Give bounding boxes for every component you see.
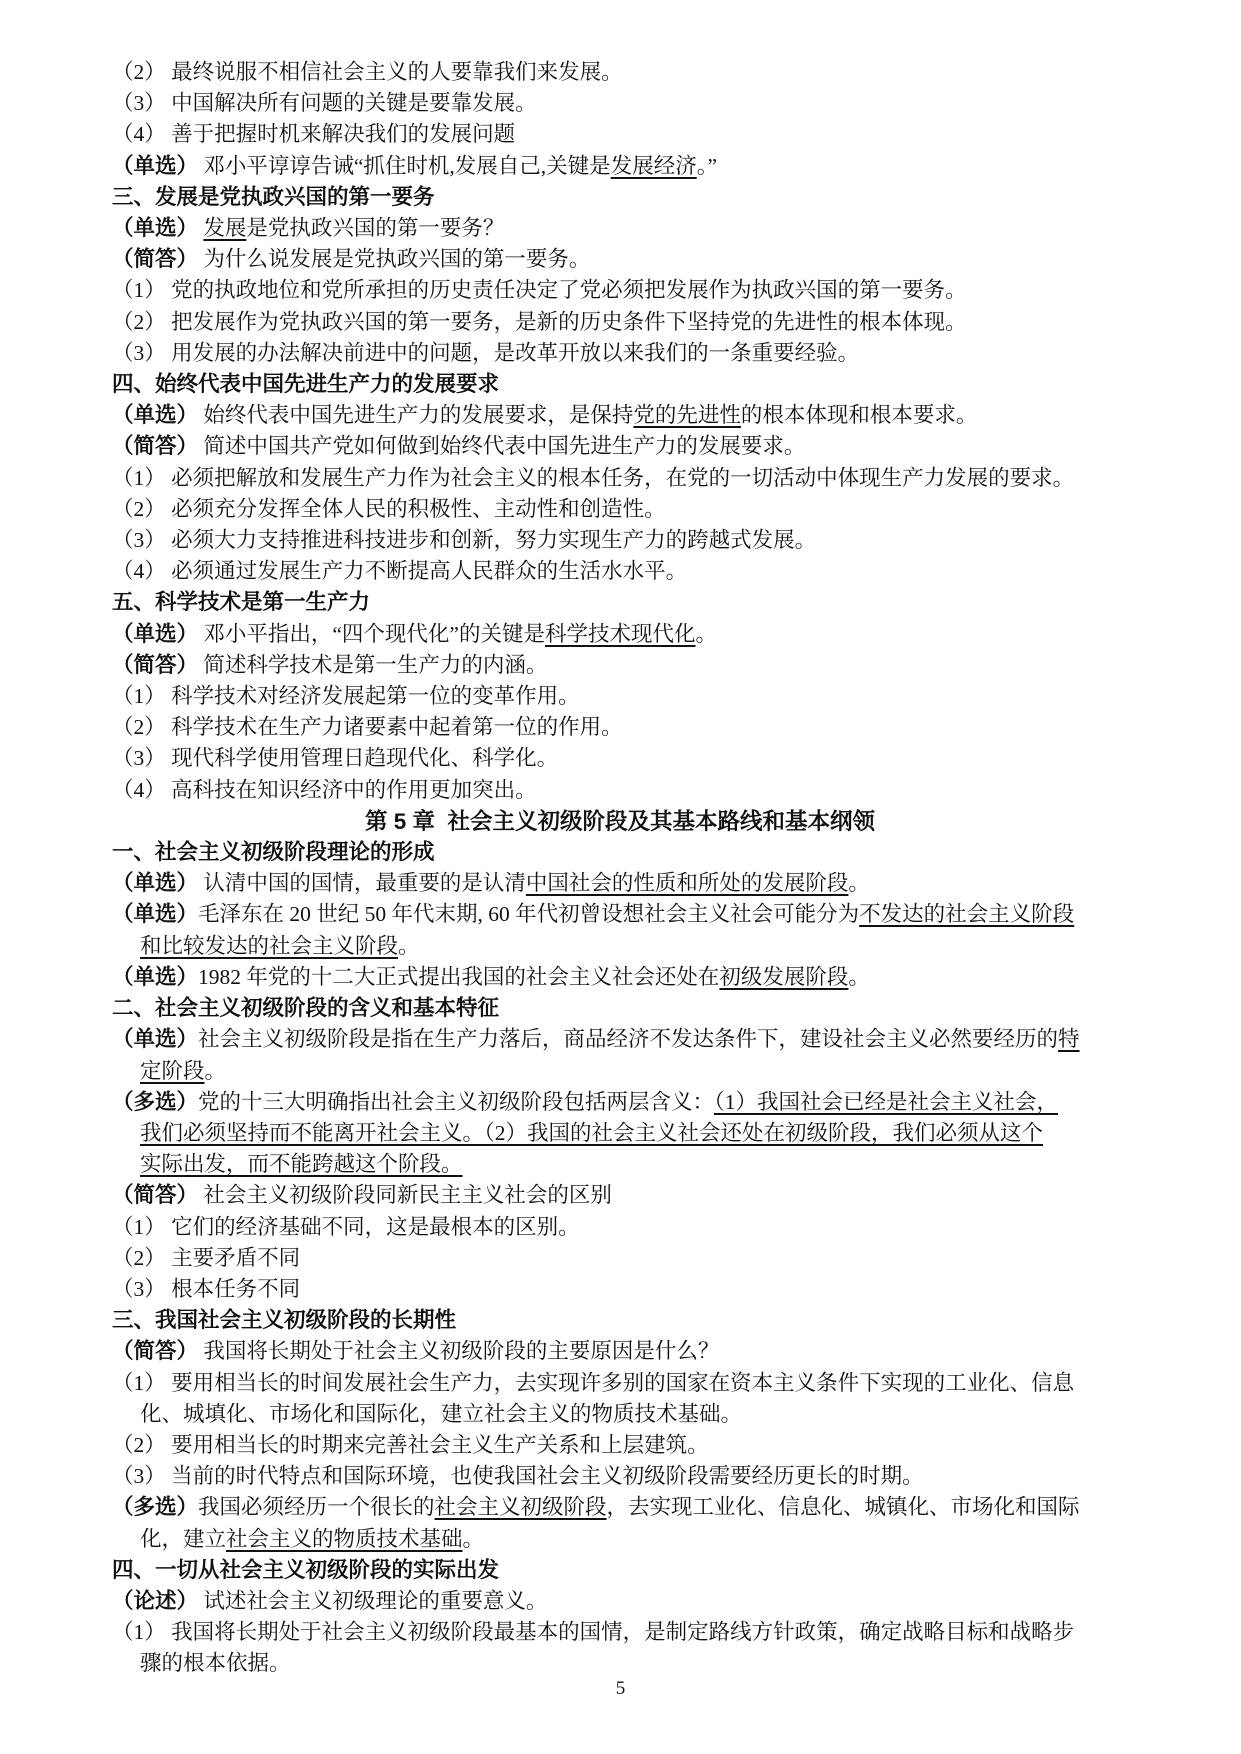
text-run: （4） 善于把握时机来解决我们的发展问题 bbox=[112, 122, 515, 146]
text-line: （2） 主要矛盾不同 bbox=[112, 1243, 1128, 1274]
section-heading: 一、社会主义初级阶段理论的形成 bbox=[112, 837, 1128, 868]
text-run: （1） 要用相当长的时间发展社会生产力，去实现许多别的国家在资本主义条件下实现的… bbox=[112, 1371, 1074, 1395]
text-line: （2） 科学技术在生产力诸要素中起着第一位的作用。 bbox=[112, 712, 1128, 743]
text-line: （论述） 试述社会主义初级理论的重要意义。 bbox=[112, 1586, 1128, 1617]
text-run: （1） 它们的经济基础不同，这是最根本的区别。 bbox=[112, 1215, 580, 1239]
text-line: （单选） 发展是党执政兴国的第一要务？ bbox=[112, 213, 1128, 244]
document-page: （2） 最终说服不相信社会主义的人要靠我们来发展。（3） 中国解决所有问题的关键… bbox=[0, 0, 1241, 1754]
text-run: （2） 主要矛盾不同 bbox=[112, 1246, 300, 1270]
text-line: （多选）我国必须经历一个很长的社会主义初级阶段，去实现工业化、信息化、城镇化、市… bbox=[112, 1492, 1128, 1523]
chapter-heading: 第 5 章 社会主义初级阶段及其基本路线和基本纲领 bbox=[112, 806, 1128, 837]
text-line: （2） 把发展作为党执政兴国的第一要务，是新的历史条件下坚持党的先进性的根本体现… bbox=[112, 307, 1128, 338]
text-line: （3） 当前的时代特点和国际环境，也使我国社会主义初级阶段需要经历更长的时期。 bbox=[112, 1461, 1128, 1492]
text-run: （1） 科学技术对经济发展起第一位的变革作用。 bbox=[112, 684, 580, 708]
text-line: 定阶段。 bbox=[112, 1056, 1128, 1087]
text-run: 简述科学技术是第一生产力的内涵。 bbox=[198, 653, 547, 677]
underlined-text: 发展经济 bbox=[611, 154, 697, 178]
section-heading: 二、社会主义初级阶段的含义和基本特征 bbox=[112, 993, 1128, 1024]
text-run: 是党执政兴国的第一要务？ bbox=[246, 216, 504, 240]
page-number: 5 bbox=[0, 1678, 1241, 1700]
text-run: 为什么说发展是党执政兴国的第一要务。 bbox=[198, 247, 590, 271]
text-line: （4） 善于把握时机来解决我们的发展问题 bbox=[112, 119, 1128, 150]
question-type-marker: （多选） bbox=[112, 1090, 198, 1114]
text-run: （3） 当前的时代特点和国际环境，也使我国社会主义初级阶段需要经历更长的时期。 bbox=[112, 1464, 924, 1488]
text-line: （简答） 简述科学技术是第一生产力的内涵。 bbox=[112, 650, 1128, 681]
text-run: （3） 必须大力支持推进科技进步和创新，努力实现生产力的跨越式发展。 bbox=[112, 528, 816, 552]
underlined-text: 社会主义的物质技术基础 bbox=[226, 1527, 463, 1551]
text-line: （单选）社会主义初级阶段是指在生产力落后，商品经济不发达条件下，建设社会主义必然… bbox=[112, 1024, 1128, 1055]
underlined-text: 发展 bbox=[203, 216, 246, 240]
text-run: （3） 根本任务不同 bbox=[112, 1277, 300, 1301]
underlined-text: 中国社会的性质和所处的发展阶段 bbox=[526, 871, 849, 895]
question-type-marker: （简答） bbox=[112, 247, 198, 271]
text-run: 我国将长期处于社会主义初级阶段的主要原因是什么？ bbox=[198, 1339, 719, 1363]
text-line: （单选）毛泽东在 20 世纪 50 年代末期, 60 年代初曾设想社会主义社会可… bbox=[112, 899, 1128, 930]
question-type-marker: （简答） bbox=[112, 434, 198, 458]
text-run: 第 5 章 社会主义初级阶段及其基本路线和基本纲领 bbox=[365, 809, 875, 834]
text-line: （1） 必须把解放和发展生产力作为社会主义的根本任务，在党的一切活动中体现生产力… bbox=[112, 463, 1128, 494]
text-run: 简述中国共产党如何做到始终代表中国先进生产力的发展要求。 bbox=[198, 434, 805, 458]
underlined-text: 我们必须坚持而不能离开社会主义。（2）我国的社会主义社会还处在初级阶段，我们必须… bbox=[140, 1121, 1043, 1145]
text-run: 骤的根本依据。 bbox=[140, 1651, 291, 1675]
text-line: （简答） 社会主义初级阶段同新民主主义社会的区别 bbox=[112, 1180, 1128, 1211]
text-line: （3） 必须大力支持推进科技进步和创新，努力实现生产力的跨越式发展。 bbox=[112, 525, 1128, 556]
underlined-text: 定阶段 bbox=[140, 1059, 205, 1083]
text-run: 的根本体现和根本要求。 bbox=[741, 403, 978, 427]
section-heading: 四、一切从社会主义初级阶段的实际出发 bbox=[112, 1555, 1128, 1586]
text-line: （4） 必须通过发展生产力不断提高人民群众的生活水水平。 bbox=[112, 556, 1128, 587]
text-line: （2） 最终说服不相信社会主义的人要靠我们来发展。 bbox=[112, 57, 1128, 88]
question-type-marker: （多选） bbox=[112, 1495, 198, 1519]
text-line: （1） 我国将长期处于社会主义初级阶段最基本的国情，是制定路线方针政策，确定战略… bbox=[112, 1617, 1128, 1648]
question-type-marker: （简答） bbox=[112, 653, 198, 677]
text-run: 试述社会主义初级理论的重要意义。 bbox=[198, 1589, 547, 1613]
text-run: 。 bbox=[398, 934, 420, 958]
section-heading: 三、发展是党执政兴国的第一要务 bbox=[112, 182, 1128, 213]
text-line: （简答） 我国将长期处于社会主义初级阶段的主要原因是什么？ bbox=[112, 1336, 1128, 1367]
underlined-text: 初级发展阶段 bbox=[719, 965, 848, 989]
text-line: （简答） 简述中国共产党如何做到始终代表中国先进生产力的发展要求。 bbox=[112, 431, 1128, 462]
text-run: （1） 党的执政地位和党所承担的历史责任决定了党必须把发展作为执政兴国的第一要务… bbox=[112, 278, 967, 302]
question-type-marker: （单选） bbox=[112, 216, 198, 240]
underlined-text: 社会主义初级阶段 bbox=[435, 1495, 607, 1519]
question-type-marker: （单选） bbox=[112, 154, 198, 178]
section-heading: 四、始终代表中国先进生产力的发展要求 bbox=[112, 369, 1128, 400]
text-run: （2） 必须充分发挥全体人民的积极性、主动性和创造性。 bbox=[112, 497, 666, 521]
text-run: 。 bbox=[205, 1059, 227, 1083]
question-type-marker: （单选） bbox=[112, 403, 198, 427]
text-run: 邓小平指出，“四个现代化”的关键是 bbox=[198, 622, 545, 646]
question-type-marker: （简答） bbox=[112, 1183, 198, 1207]
text-run: 三、我国社会主义初级阶段的长期性 bbox=[112, 1308, 456, 1332]
text-line: 骤的根本依据。 bbox=[112, 1648, 1128, 1679]
text-line: 我们必须坚持而不能离开社会主义。（2）我国的社会主义社会还处在初级阶段，我们必须… bbox=[112, 1118, 1128, 1149]
text-run: （2） 最终说服不相信社会主义的人要靠我们来发展。 bbox=[112, 60, 623, 84]
text-run: （3） 中国解决所有问题的关键是要靠发展。 bbox=[112, 91, 537, 115]
text-run: 始终代表中国先进生产力的发展要求，是保持 bbox=[198, 403, 633, 427]
text-run: 邓小平谆谆告诫“抓住时机,发展自己,关键是 bbox=[198, 154, 611, 178]
text-line: （单选） 始终代表中国先进生产力的发展要求，是保持党的先进性的根本体现和根本要求… bbox=[112, 400, 1128, 431]
text-line: （2） 要用相当长的时期来完善社会主义生产关系和上层建筑。 bbox=[112, 1430, 1128, 1461]
underlined-text: 实际出发，而不能跨越这个阶段。 bbox=[140, 1152, 463, 1176]
underlined-text: 党的先进性 bbox=[633, 403, 741, 427]
text-line: （4） 高科技在知识经济中的作用更加突出。 bbox=[112, 775, 1128, 806]
question-type-marker: （单选） bbox=[112, 622, 198, 646]
text-run: 我国必须经历一个很长的 bbox=[198, 1495, 435, 1519]
text-line: （单选） 认清中国的国情，最重要的是认清中国社会的性质和所处的发展阶段。 bbox=[112, 868, 1128, 899]
underlined-text: 不发达的社会主义阶段 bbox=[859, 902, 1074, 926]
section-heading: 三、我国社会主义初级阶段的长期性 bbox=[112, 1305, 1128, 1336]
text-run: 。 bbox=[848, 871, 870, 895]
text-line: 和比较发达的社会主义阶段。 bbox=[112, 931, 1128, 962]
text-line: 化，建立社会主义的物质技术基础。 bbox=[112, 1524, 1128, 1555]
text-line: （简答） 为什么说发展是党执政兴国的第一要务。 bbox=[112, 244, 1128, 275]
text-line: （1） 党的执政地位和党所承担的历史责任决定了党必须把发展作为执政兴国的第一要务… bbox=[112, 275, 1128, 306]
text-run: 。 bbox=[463, 1527, 485, 1551]
text-run: 一、社会主义初级阶段理论的形成 bbox=[112, 840, 435, 864]
text-line: 化、城填化、市场化和国际化，建立社会主义的物质技术基础。 bbox=[112, 1399, 1128, 1430]
question-type-marker: （论述） bbox=[112, 1589, 198, 1613]
text-run: 四、始终代表中国先进生产力的发展要求 bbox=[112, 372, 499, 396]
text-line: （1） 科学技术对经济发展起第一位的变革作用。 bbox=[112, 681, 1128, 712]
document-body: （2） 最终说服不相信社会主义的人要靠我们来发展。（3） 中国解决所有问题的关键… bbox=[112, 57, 1128, 1680]
text-run: （1） 我国将长期处于社会主义初级阶段最基本的国情，是制定路线方针政策，确定战略… bbox=[112, 1620, 1074, 1644]
text-run: 1982 年党的十二大正式提出我国的社会主义社会还处在 bbox=[198, 965, 719, 989]
text-line: （多选）党的十三大明确指出社会主义初级阶段包括两层含义：（1）我国社会已经是社会… bbox=[112, 1087, 1128, 1118]
text-line: （1） 它们的经济基础不同，这是最根本的区别。 bbox=[112, 1212, 1128, 1243]
text-run: 二、社会主义初级阶段的含义和基本特征 bbox=[112, 996, 499, 1020]
question-type-marker: （单选） bbox=[112, 902, 198, 926]
text-line: （单选） 邓小平指出，“四个现代化”的关键是科学技术现代化。 bbox=[112, 619, 1128, 650]
text-run: 认清中国的国情，最重要的是认清 bbox=[198, 871, 526, 895]
text-line: （1） 要用相当长的时间发展社会生产力，去实现许多别的国家在资本主义条件下实现的… bbox=[112, 1368, 1128, 1399]
underlined-text: 和比较发达的社会主义阶段 bbox=[140, 934, 398, 958]
text-run: 五、科学技术是第一生产力 bbox=[112, 590, 370, 614]
question-type-marker: （简答） bbox=[112, 1339, 198, 1363]
text-run: （4） 高科技在知识经济中的作用更加突出。 bbox=[112, 778, 537, 802]
text-line: （2） 必须充分发挥全体人民的积极性、主动性和创造性。 bbox=[112, 494, 1128, 525]
question-type-marker: （单选） bbox=[112, 871, 198, 895]
text-run: （2） 科学技术在生产力诸要素中起着第一位的作用。 bbox=[112, 715, 623, 739]
text-run: 化、城填化、市场化和国际化，建立社会主义的物质技术基础。 bbox=[140, 1402, 742, 1426]
text-run: （1） 必须把解放和发展生产力作为社会主义的根本任务，在党的一切活动中体现生产力… bbox=[112, 466, 1074, 490]
text-run: （2） 把发展作为党执政兴国的第一要务，是新的历史条件下坚持党的先进性的根本体现… bbox=[112, 310, 967, 334]
underlined-text: （1）我国社会已经是社会主义社会， bbox=[714, 1090, 1058, 1114]
text-run: 化，建立 bbox=[140, 1527, 226, 1551]
underlined-text: 特 bbox=[1058, 1027, 1080, 1051]
text-line: （3） 现代科学使用管理日趋现代化、科学化。 bbox=[112, 743, 1128, 774]
text-line: 实际出发，而不能跨越这个阶段。 bbox=[112, 1149, 1128, 1180]
text-run: 毛泽东在 20 世纪 50 年代末期, 60 年代初曾设想社会主义社会可能分为 bbox=[198, 902, 859, 926]
text-line: （3） 用发展的办法解决前进中的问题，是改革开放以来我们的一条重要经验。 bbox=[112, 338, 1128, 369]
text-run: 党的十三大明确指出社会主义初级阶段包括两层含义： bbox=[198, 1090, 714, 1114]
text-line: （3） 根本任务不同 bbox=[112, 1274, 1128, 1305]
text-run: ，去实现工业化、信息化、城镇化、市场化和国际 bbox=[607, 1495, 1080, 1519]
text-run: 社会主义初级阶段是指在生产力落后，商品经济不发达条件下，建设社会主义必然要经历的 bbox=[198, 1027, 1058, 1051]
text-run: （3） 现代科学使用管理日趋现代化、科学化。 bbox=[112, 746, 558, 770]
question-type-marker: （单选） bbox=[112, 965, 198, 989]
text-run: （3） 用发展的办法解决前进中的问题，是改革开放以来我们的一条重要经验。 bbox=[112, 341, 859, 365]
text-run: 四、一切从社会主义初级阶段的实际出发 bbox=[112, 1558, 499, 1582]
text-line: （单选）1982 年党的十二大正式提出我国的社会主义社会还处在初级发展阶段。 bbox=[112, 962, 1128, 993]
text-run: （4） 必须通过发展生产力不断提高人民群众的生活水水平。 bbox=[112, 559, 687, 583]
underlined-text: 科学技术现代化 bbox=[545, 622, 696, 646]
text-run: 社会主义初级阶段同新民主主义社会的区别 bbox=[198, 1183, 612, 1207]
text-run: 。” bbox=[697, 154, 717, 178]
text-run: （2） 要用相当长的时期来完善社会主义生产关系和上层建筑。 bbox=[112, 1433, 709, 1457]
section-heading: 五、科学技术是第一生产力 bbox=[112, 587, 1128, 618]
text-run: 。 bbox=[696, 622, 718, 646]
text-line: （3） 中国解决所有问题的关键是要靠发展。 bbox=[112, 88, 1128, 119]
text-run: 三、发展是党执政兴国的第一要务 bbox=[112, 185, 435, 209]
text-run: 。 bbox=[848, 965, 870, 989]
text-line: （单选） 邓小平谆谆告诫“抓住时机,发展自己,关键是发展经济。” bbox=[112, 151, 1128, 182]
question-type-marker: （单选） bbox=[112, 1027, 198, 1051]
